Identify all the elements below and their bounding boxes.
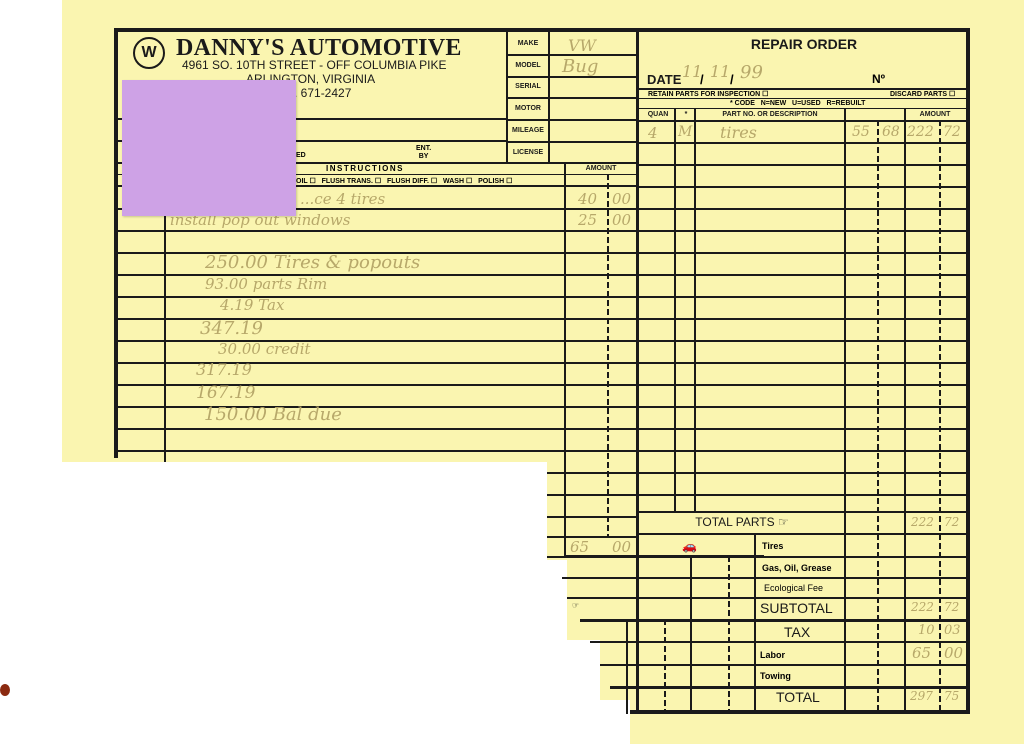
divider	[728, 556, 730, 714]
row-line	[118, 450, 638, 452]
service-options[interactable]: OIL ☐ FLUSH TRANS. ☐ FLUSH DIFF. ☐ WASH …	[296, 177, 512, 185]
subtotal-cents[interactable]: 72	[944, 600, 959, 614]
towing-label: Towing	[760, 671, 791, 681]
date-day[interactable]: 11	[710, 62, 730, 81]
total-parts-dollars[interactable]: 222	[911, 515, 934, 529]
total-parts-label: TOTAL PARTS ☞	[640, 515, 844, 529]
divider	[844, 108, 846, 714]
divider	[636, 30, 639, 714]
part-unit-price[interactable]: 55	[852, 124, 870, 140]
row-line	[600, 664, 968, 666]
part-unit-cents[interactable]: 68	[882, 124, 900, 140]
part-description[interactable]: tires	[720, 123, 757, 142]
hand-pointer-icon: ☞	[572, 601, 579, 610]
row-line	[590, 641, 968, 643]
row-line	[638, 533, 968, 535]
row-line	[547, 472, 638, 474]
instructions-header: INSTRUCTIONS	[326, 164, 404, 173]
divider	[664, 619, 666, 714]
torn-area	[590, 700, 630, 744]
date-label: DATE	[647, 72, 681, 87]
instruction-line-6[interactable]: 4.19 Tax	[220, 296, 284, 314]
instruction-amount-1[interactable]: 40	[578, 190, 597, 208]
tires-label: Tires	[762, 541, 783, 551]
instruction-cents-2[interactable]: 00	[612, 211, 631, 229]
row-line	[638, 340, 968, 342]
make-value[interactable]: VW	[568, 36, 596, 55]
torn-area	[62, 462, 547, 744]
divider	[607, 174, 609, 538]
instruction-line-4[interactable]: 250.00 Tires & popouts	[205, 252, 420, 273]
tax-dollars[interactable]: 10	[918, 623, 935, 638]
total-parts-cents[interactable]: 72	[944, 515, 959, 529]
labor-subtotal-dollars[interactable]: 65	[570, 538, 589, 556]
instruction-line-1[interactable]: ...ce 4 tires	[300, 190, 385, 208]
row-line	[638, 384, 968, 386]
labor-label: Labor	[760, 650, 785, 660]
divider	[904, 108, 906, 714]
date-separator: /	[730, 72, 734, 87]
row-line	[567, 597, 968, 599]
row-line	[638, 186, 968, 188]
row-line	[638, 472, 968, 474]
frame-right	[966, 28, 970, 714]
instruction-line-10[interactable]: 167.19	[196, 383, 255, 403]
row-line	[562, 577, 968, 579]
address-line1: 4961 SO. 10TH STREET - OFF COLUMBIA PIKE	[182, 58, 447, 72]
motor-label: MOTOR	[508, 105, 548, 112]
quan-header: QUAN	[640, 111, 676, 118]
row-line	[638, 296, 968, 298]
row-line	[638, 274, 968, 276]
part-amount-cents[interactable]: 72	[943, 124, 961, 140]
instructions-amount-header: AMOUNT	[566, 165, 636, 172]
row-line	[118, 340, 638, 342]
frame-bottom	[630, 710, 970, 714]
gas-oil-grease-label: Gas, Oil, Grease	[762, 563, 832, 573]
instruction-line-5[interactable]: 93.00 parts Rim	[205, 275, 327, 293]
row-line	[547, 556, 968, 558]
vw-logo-icon: W	[133, 37, 165, 69]
row-line	[118, 428, 638, 430]
instruction-cents-1[interactable]: 00	[612, 190, 631, 208]
row-line	[118, 230, 638, 232]
labor-cents[interactable]: 00	[944, 644, 963, 662]
total-label: TOTAL	[776, 689, 820, 705]
row-line	[638, 494, 968, 496]
sticky-note[interactable]	[122, 80, 296, 216]
row-line	[638, 230, 968, 232]
subtotal-dollars[interactable]: 222	[911, 600, 934, 614]
row-line	[580, 619, 968, 622]
row-line	[118, 296, 638, 298]
row-line	[638, 511, 968, 513]
part-amount[interactable]: 222	[907, 124, 934, 140]
frame-top	[114, 28, 970, 32]
divider	[506, 141, 638, 143]
row-line	[638, 142, 968, 144]
stain	[0, 684, 10, 696]
row-line	[118, 406, 638, 408]
row-line	[638, 406, 968, 408]
total-cents[interactable]: 75	[944, 689, 959, 703]
repair-order-title: REPAIR ORDER	[639, 36, 969, 52]
description-header: PART NO. OR DESCRIPTION	[696, 111, 844, 118]
instruction-line-9[interactable]: 317.19	[196, 360, 252, 379]
row-line	[638, 362, 968, 364]
discard-parts-checkbox[interactable]: DISCARD PARTS ☐	[890, 90, 955, 98]
model-value[interactable]: Bug	[562, 56, 598, 77]
code-header: *	[676, 111, 696, 118]
row-line	[118, 274, 638, 276]
instruction-line-11[interactable]: 150.00 Bal due	[204, 404, 342, 425]
instruction-line-7[interactable]: 347.19	[200, 318, 263, 339]
divider	[638, 108, 968, 109]
row-line	[638, 318, 968, 320]
torn-area	[0, 0, 62, 744]
divider	[690, 556, 692, 714]
labor-subtotal-cents[interactable]: 00	[612, 538, 631, 556]
retain-parts-checkbox[interactable]: RETAIN PARTS FOR INSPECTION ☐	[648, 90, 768, 98]
ecological-fee-label: Ecological Fee	[764, 583, 823, 593]
row-line	[638, 428, 968, 430]
mileage-label: MILEAGE	[508, 127, 548, 134]
code-legend: * CODE N=NEW U=USED R=REBUILT	[730, 100, 865, 107]
divider	[564, 162, 566, 557]
divider	[638, 120, 968, 122]
tax-label: TAX	[784, 624, 810, 640]
labor-dollars[interactable]: 65	[912, 644, 931, 662]
car-icon: 🚗	[682, 539, 697, 553]
row-line	[547, 516, 638, 518]
phone-number: F. 671-2427	[288, 86, 351, 100]
part-code[interactable]: M	[678, 124, 692, 140]
ent-by-label: ENT. BY	[416, 145, 431, 161]
date-separator: /	[700, 72, 704, 87]
divider	[638, 98, 968, 99]
license-label: LICENSE	[508, 149, 548, 156]
serial-label: SERIAL	[508, 83, 548, 90]
divider	[506, 97, 638, 99]
divider	[626, 619, 628, 714]
amount-header: AMOUNT	[904, 111, 966, 118]
order-number-label: Nº	[872, 72, 885, 86]
row-line	[638, 208, 968, 210]
frame-left	[114, 28, 118, 458]
total-dollars[interactable]: 297	[910, 689, 933, 703]
instruction-amount-2[interactable]: 25	[578, 211, 597, 229]
make-label: MAKE	[508, 40, 548, 47]
tax-cents[interactable]: 03	[944, 623, 961, 638]
row-line	[118, 318, 638, 320]
model-label: MODEL	[508, 62, 548, 69]
ed-label: ED	[296, 152, 306, 159]
divider	[164, 185, 166, 462]
part-quantity[interactable]: 4	[648, 124, 658, 142]
row-line	[638, 164, 968, 166]
row-line	[638, 252, 968, 254]
divider	[506, 119, 638, 121]
date-year[interactable]: 99	[740, 62, 763, 83]
row-line	[547, 494, 638, 496]
subtotal-label: SUBTOTAL	[760, 600, 833, 616]
row-line	[638, 450, 968, 452]
instruction-line-8[interactable]: 30.00 credit	[218, 340, 311, 358]
